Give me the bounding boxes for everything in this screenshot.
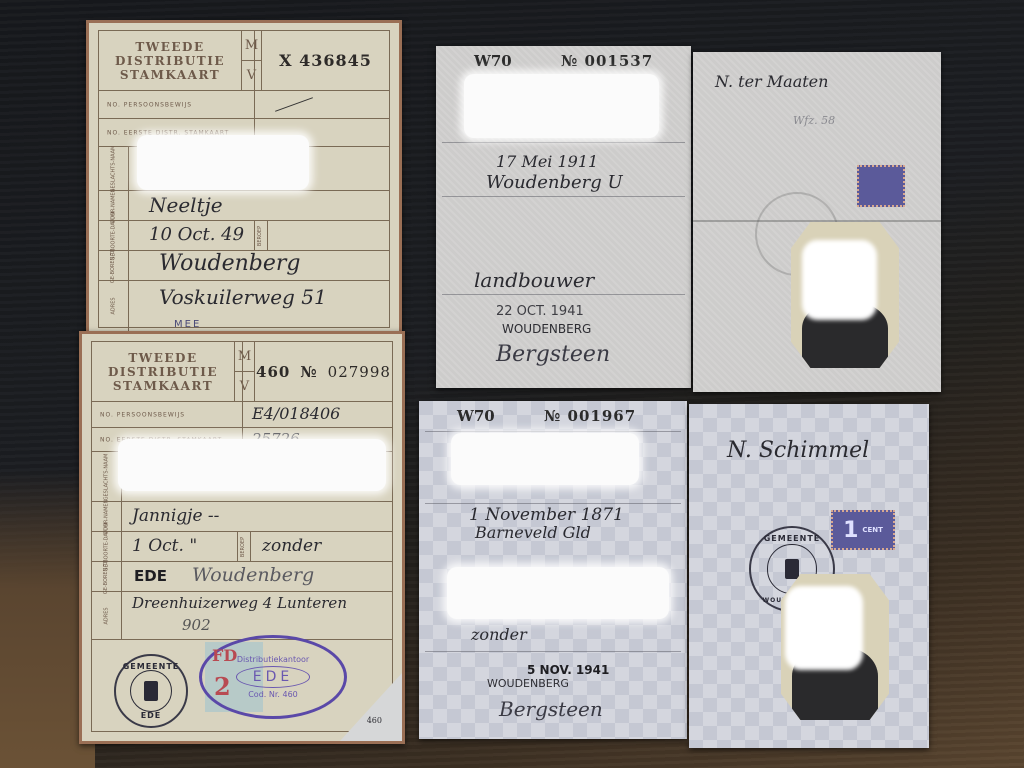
handwritten-occupation: landbouwer (474, 268, 594, 292)
handwritten-beroep: zonder (262, 536, 321, 556)
handwritten-voornamen: Jannigje -- (132, 506, 219, 526)
handwritten-voornamen: Neeltje (149, 193, 223, 217)
handwritten-occupation: zonder (471, 625, 527, 644)
serial-number: X 436845 (262, 31, 389, 90)
handwritten-birth-date: 1 November 1871 (469, 505, 624, 525)
stamkaart-title: TWEEDE DISTRIBUTIE STAMKAART (92, 342, 235, 401)
serial-number: 460 № 027998 (255, 342, 392, 401)
handwritten-adres: Dreenhuizerweg 4 Lunteren (132, 594, 347, 612)
red-mark-2: 2 (214, 672, 231, 701)
handwritten-geboortedatum: 10 Oct. 49 (149, 224, 244, 245)
handwritten-adres-line2: 902 (182, 616, 211, 634)
redaction-name (137, 135, 309, 190)
handwritten-geboren-te: Woudenberg (159, 251, 301, 276)
printed-ede-stamp: EDE (134, 567, 167, 585)
revenue-stamp (857, 165, 905, 207)
gemeente-ede-stamp: GEMEENTE EDE (114, 654, 188, 728)
coat-of-arms-icon (785, 559, 799, 579)
stamkaart-title: TWEEDE DISTRIBUTIE STAMKAART (99, 31, 242, 90)
persoonsbewijs-2-left-page: W70 № 001967 1 November 1871 Barneveld G… (419, 401, 687, 739)
row-adres: ADRES Dreenhuizerweg 4 Lunteren 902 (92, 592, 392, 640)
column-divider (254, 31, 255, 147)
id-header: W70 № 001967 (419, 407, 687, 427)
issue-place-stamp: WOUDENBERG (502, 322, 591, 336)
revenue-stamp: 1 CENT (831, 510, 895, 550)
handwritten-birth-place: Barneveld Gld (475, 523, 591, 542)
stamkaart-header: TWEEDE DISTRIBUTIE STAMKAART M V X 43684… (99, 31, 389, 91)
persoonsbewijs-2-right-page: N. Schimmel 1 CENT GEMEENTE WOUDENBERG (689, 404, 929, 748)
stamkaart-1: TWEEDE DISTRIBUTIE STAMKAART M V X 43684… (86, 20, 402, 340)
column-divider (242, 342, 243, 452)
handwritten-geboortedatum: 1 Oct. " (132, 536, 197, 556)
handwritten-note: Wfz. 58 (793, 114, 835, 127)
redaction-address (447, 567, 669, 619)
red-mark-fd: FD (212, 646, 237, 665)
redaction-name (118, 439, 386, 491)
coat-of-arms-icon (144, 681, 158, 701)
row-persoonsbewijs: NO. PERSOONSBEWIJS (99, 91, 389, 119)
official-signature: Bergsteen (496, 342, 610, 367)
handwritten-geboren-te: Woudenberg (192, 564, 314, 586)
redaction-name (464, 74, 659, 138)
row-geboortedatum: GE-BOORTE-DATUM 10 Oct. 49 BEROEP (99, 221, 389, 251)
handwritten-persoonsbewijs: E4/018406 (252, 404, 340, 423)
row-voornamen: VOOR-NAMEN Neeltje (99, 191, 389, 221)
row-geboortedatum: GE-BOORTE-DATUM 1 Oct. " BEROEP zonder (92, 532, 392, 562)
redaction-name (451, 433, 639, 485)
persoonsbewijs-1-left-page: W70 № 001537 17 Mei 1911 Woudenberg U la… (436, 46, 691, 388)
handwritten-birth-place: Woudenberg U (486, 172, 623, 193)
handwritten-adres: Voskuilerweg 51 (159, 285, 327, 309)
redaction-face (802, 240, 878, 320)
id-photo (791, 222, 899, 368)
corner-number: 460 (367, 716, 382, 725)
handwritten-holder-signature: N. Schimmel (727, 438, 869, 463)
handwritten-holder-signature: N. ter Maaten (715, 72, 828, 91)
gender-box: M V (235, 342, 255, 401)
district-code: 460 (256, 363, 290, 381)
row-geboren-te: GE-BOREN TE EDE Woudenberg (92, 562, 392, 592)
redaction-face (785, 586, 863, 671)
id-photo (781, 574, 889, 720)
issue-place-stamp: WOUDENBERG (487, 677, 569, 690)
row-adres: ADRES Voskuilerweg 51 MEE (99, 281, 389, 331)
stamp-fragment: MEE (174, 319, 201, 330)
official-signature: Bergsteen (499, 697, 603, 721)
issue-date-stamp: 5 NOV. 1941 (527, 663, 609, 677)
handwritten-birth-date: 17 Mei 1911 (496, 152, 598, 171)
row-geboren-te: GE-BOREN TE Woudenberg (99, 251, 389, 281)
persoonsbewijs-1-right-page: N. ter Maaten Wfz. 58 (693, 52, 941, 392)
issue-date-stamp: 22 OCT. 1941 (496, 304, 584, 319)
gender-box: M V (242, 31, 262, 90)
row-voornamen: VOOR-NAMEN Jannigje -- (92, 502, 392, 532)
stamkaart-2: TWEEDE DISTRIBUTIE STAMKAART M V 460 № 0… (79, 331, 405, 744)
id-header: W70 № 001537 (436, 52, 691, 72)
